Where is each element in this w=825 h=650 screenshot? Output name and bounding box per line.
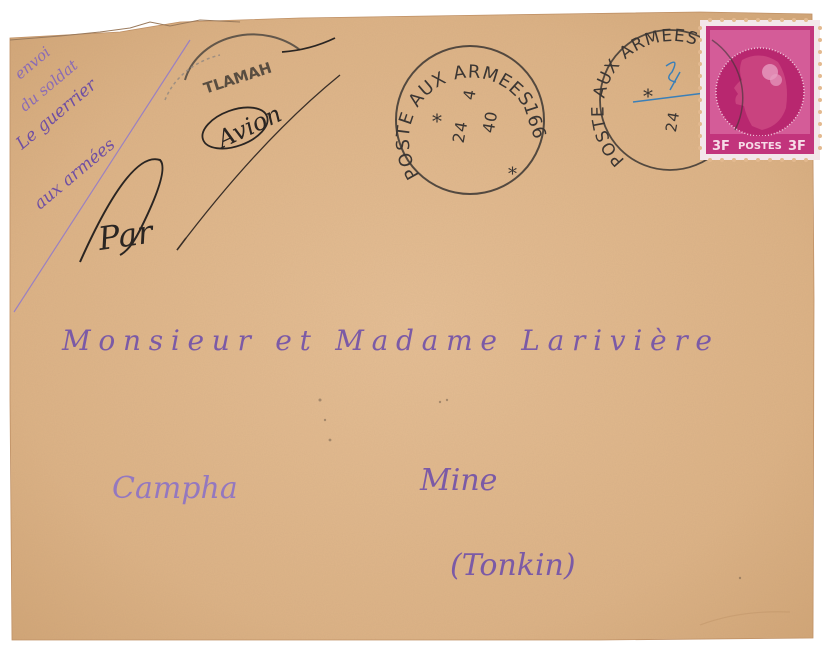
routing-note-prefix: Par [95, 212, 157, 258]
address-place: Mine [419, 463, 497, 498]
postmark-1-year: 40 [479, 109, 502, 134]
address-recipient: Monsieur et Madame Larivière [61, 324, 712, 357]
stamp-country-label: POSTES [738, 141, 782, 152]
envelope-scene: envoi du soldat Le guerrier aux armées T… [0, 0, 825, 650]
address-town: Campha [112, 471, 238, 506]
stamp-denomination-left: 3F [712, 139, 730, 154]
postage-stamp: 3F POSTES 3F [698, 18, 822, 162]
postmark-1-star-left: * [432, 109, 442, 133]
postmark-2-day: 24 [662, 110, 683, 134]
postmark-2-star: * [643, 84, 653, 108]
postmark-1-star-bottom: * [508, 164, 517, 185]
stamp-denomination-right: 3F [788, 139, 806, 154]
postmark-1-day: 24 [449, 119, 472, 144]
address-region: (Tonkin) [450, 548, 576, 583]
